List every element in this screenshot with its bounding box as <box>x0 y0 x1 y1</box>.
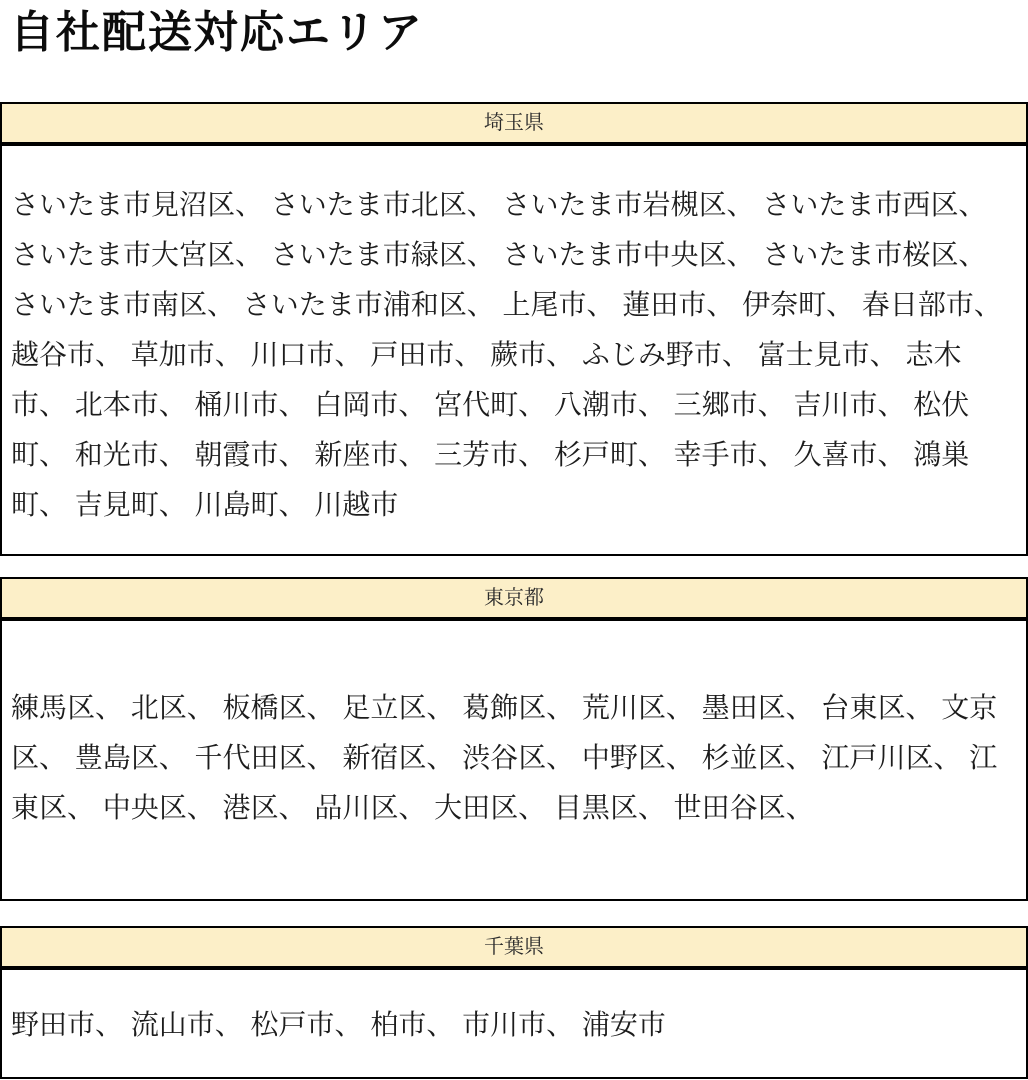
prefecture-name-chiba: 千葉県 <box>484 936 544 958</box>
area-list-tokyo: 練馬区、 北区、 板橋区、 足立区、 葛飾区、 荒川区、 墨田区、 台東区、 文… <box>11 683 1017 833</box>
title-spacer <box>0 60 1028 102</box>
area-list-tokyo-text: 練馬区、 北区、 板橋区、 足立区、 葛飾区、 荒川区、 墨田区、 台東区、 文… <box>11 692 997 823</box>
page-title: 自社配送対応エリア <box>10 8 1028 60</box>
section-chiba: 千葉県 野田市、 流山市、 松戸市、 柏市、 市川市、 浦安市 <box>0 926 1028 1079</box>
prefecture-name-tokyo: 東京都 <box>484 587 544 609</box>
section-body-saitama: さいたま市見沼区、 さいたま市北区、 さいたま市岩槻区、 さいたま市西区、 さい… <box>0 144 1028 556</box>
section-body-chiba: 野田市、 流山市、 松戸市、 柏市、 市川市、 浦安市 <box>0 968 1028 1079</box>
section-header-tokyo: 東京都 <box>0 577 1028 619</box>
area-list-saitama-text: さいたま市見沼区、 さいたま市北区、 さいたま市岩槻区、 さいたま市西区、 さい… <box>11 189 1002 520</box>
area-list-saitama: さいたま市見沼区、 さいたま市北区、 さいたま市岩槻区、 さいたま市西区、 さい… <box>11 180 1017 530</box>
delivery-area-page: 自社配送対応エリア 埼玉県 さいたま市見沼区、 さいたま市北区、 さいたま市岩槻… <box>0 8 1028 1080</box>
area-list-chiba-text: 野田市、 流山市、 松戸市、 柏市、 市川市、 浦安市 <box>11 1009 666 1040</box>
section-saitama: 埼玉県 さいたま市見沼区、 さいたま市北区、 さいたま市岩槻区、 さいたま市西区… <box>0 102 1028 556</box>
prefecture-name-saitama: 埼玉県 <box>484 112 544 134</box>
section-tokyo: 東京都 練馬区、 北区、 板橋区、 足立区、 葛飾区、 荒川区、 墨田区、 台東… <box>0 577 1028 901</box>
section-body-tokyo: 練馬区、 北区、 板橋区、 足立区、 葛飾区、 荒川区、 墨田区、 台東区、 文… <box>0 619 1028 901</box>
area-list-chiba: 野田市、 流山市、 松戸市、 柏市、 市川市、 浦安市 <box>11 1000 1017 1050</box>
area-list-tokyo-suffix: 、 <box>786 792 814 823</box>
section-header-chiba: 千葉県 <box>0 926 1028 968</box>
section-header-saitama: 埼玉県 <box>0 102 1028 144</box>
